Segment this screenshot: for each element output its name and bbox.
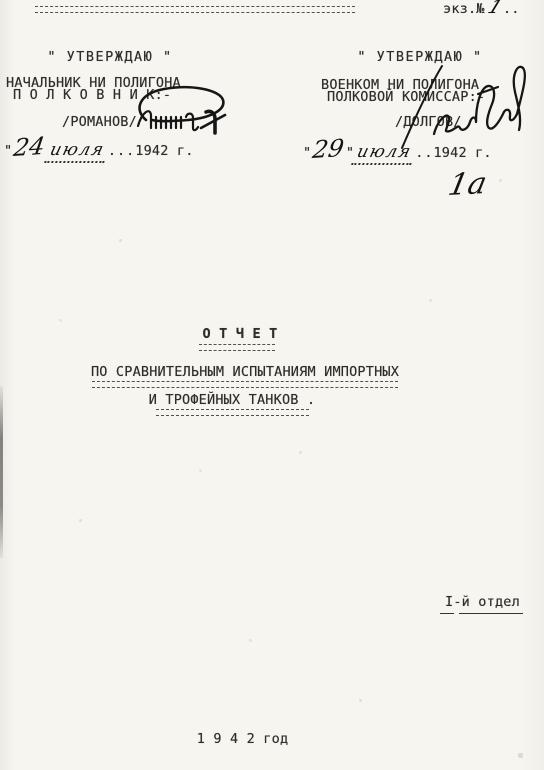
handwritten-page-mark: 1а [445, 166, 489, 203]
left-date-day-handwritten: 24 [12, 132, 47, 162]
left-approval-stamp: " УТВЕРЖДАЮ " [40, 51, 180, 64]
left-date-open-quote: " [4, 145, 12, 158]
report-title-underline [199, 344, 275, 351]
scanned-report-cover-page: экз.№ 1 .. " УТВЕРЖДАЮ " НАЧАЛЬНИК НИ ПО… [0, 0, 544, 770]
right-date-dots: .. [415, 147, 433, 160]
right-date-year: 1942 г. [433, 147, 491, 160]
report-subtitle-line2: И ТРОФЕЙНЫХ ТАНКОВ . [32, 394, 432, 407]
report-subtitle-line1-underline [92, 381, 398, 388]
left-approval-name: /РОМАНОВ/ [62, 116, 137, 129]
left-approval-date: " 24 июля ... 1942 г. [4, 133, 194, 163]
right-date-open-quote: " [303, 147, 311, 160]
department-underline-dash [440, 613, 454, 614]
report-subtitle-line2-underline [156, 409, 309, 416]
right-date-day-handwritten: 29 [311, 134, 346, 164]
top-page-rule [35, 6, 355, 13]
left-approval-role-line2: П О Л К О В Н И К:- [13, 89, 171, 102]
left-date-dots: ... [108, 145, 135, 158]
left-date-month-handwritten: июля [44, 140, 110, 163]
scan-noise-speckles [0, 0, 1, 1]
department-label: I-й отдел [445, 596, 520, 609]
right-approval-role-line2: ПОЛКОВОЙ КОМИССАР:- [327, 91, 485, 104]
footer-year: 1 9 4 2 год [130, 733, 355, 746]
report-title: О Т Ч Е Т [40, 328, 440, 341]
right-approval-date: " 29 " июля .. 1942 г. [303, 135, 492, 165]
copy-number-label: экз.№ [443, 3, 485, 16]
right-approval-name: /ДОЛГОВ/ [395, 116, 462, 129]
left-edge-scan-artifact [0, 386, 3, 558]
department-underline [459, 613, 523, 614]
copy-number-handwritten: 1 [486, 1, 504, 14]
right-approval-stamp: " УТВЕРЖДАЮ " [350, 51, 490, 64]
right-date-month-handwritten: июля [351, 142, 417, 165]
copy-number: экз.№ 1 .. [443, 1, 520, 16]
left-date-year: 1942 г. [135, 145, 193, 158]
copy-number-dots: .. [503, 3, 520, 16]
report-subtitle-line1: ПО СРАВНИТЕЛЬНЫМ ИСПЫТАНИЯМ ИМПОРТНЫХ [42, 366, 448, 379]
